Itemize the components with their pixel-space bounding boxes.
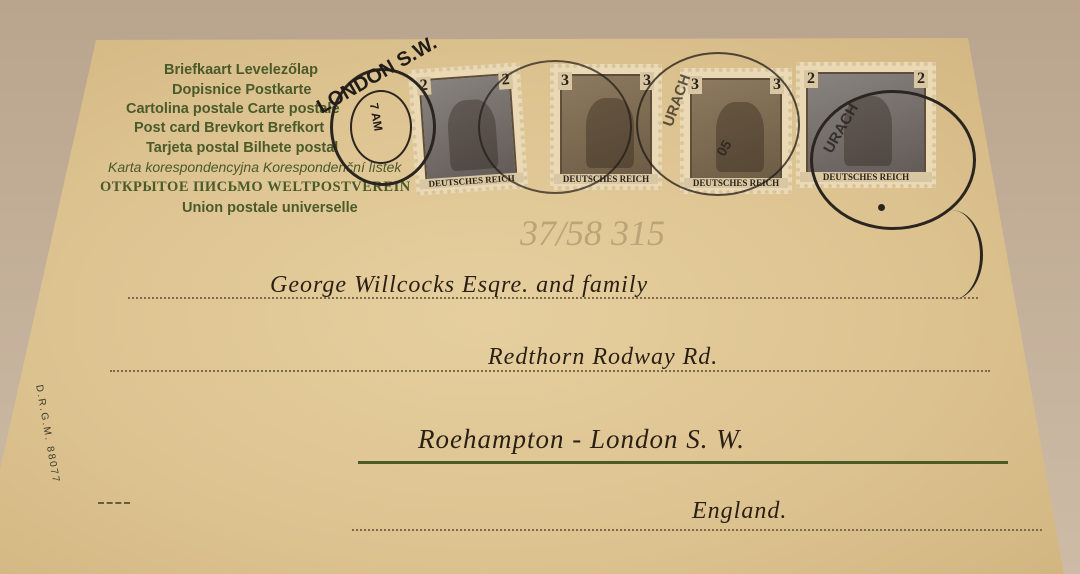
header-line: Dopisnice Postkarte [172, 80, 311, 100]
postmark-german [810, 90, 976, 230]
header-line: Post card Brevkort Brefkort [134, 118, 324, 138]
postmark-dot [878, 204, 885, 211]
address-line-2: Redthorn Rodway Rd. [488, 344, 718, 371]
address-line-4: England. [692, 498, 787, 525]
stamp-value: 2 [914, 70, 928, 88]
pencil-note: 37/58 315 [520, 212, 665, 254]
address-line-1: George Willcocks Esqre. and family [270, 272, 648, 299]
address-underline [358, 461, 1008, 464]
header-line: Cartolina postale Carte postale [126, 99, 340, 119]
stamp-value: 2 [804, 70, 818, 88]
postmark-german [478, 60, 632, 194]
address-line-3: Roehampton - London S. W. [418, 424, 745, 455]
postmark-german [636, 52, 800, 196]
header-line: Union postale universelle [182, 198, 358, 218]
header-line: Tarjeta postal Bilhete postal [146, 138, 338, 158]
header-line: Briefkaart Levelezőlap [164, 60, 318, 80]
address-dotline [352, 529, 1042, 531]
edge-mark [98, 502, 130, 504]
postmark-arc [920, 210, 983, 300]
